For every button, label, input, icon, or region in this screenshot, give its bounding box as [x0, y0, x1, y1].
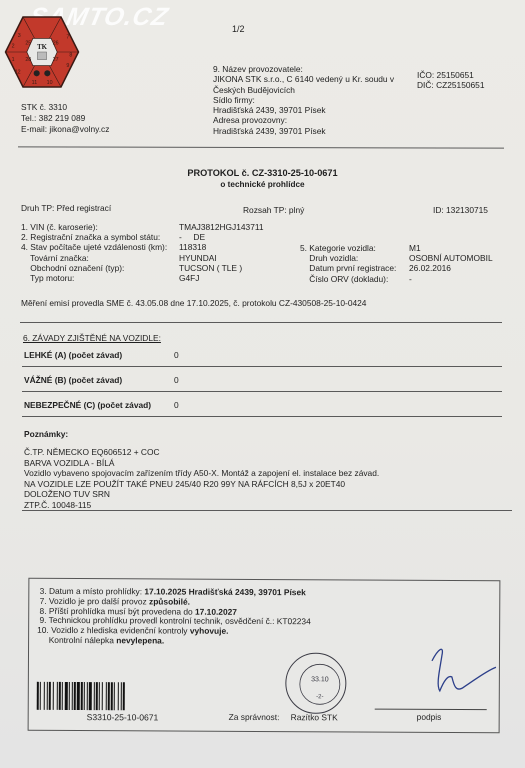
page-number: 1/2 — [232, 24, 245, 34]
field-label: Číslo ORV (dokladu): — [300, 274, 388, 285]
field-value: HYUNDAI — [179, 253, 217, 264]
operator-name-2: Českých Budějovicích — [213, 85, 394, 95]
defect-count: 0 — [174, 350, 179, 361]
premises-label: Adresa provozovny: — [213, 115, 394, 125]
note-line: NA VOZIDLE LZE POUŽÍT TAKÉ PNEU 245/40 R… — [24, 479, 345, 490]
inspection-result-box: 3. Datum a místo prohlídky: 17.10.2025 H… — [28, 578, 501, 733]
svg-text:7: 7 — [66, 34, 69, 40]
summary-emphasis: vyhovuje. — [190, 626, 229, 636]
field-label: Obchodní označení (typ): — [21, 263, 124, 274]
stk-badge-icon: TK 321 121110 987 25262728 — [4, 14, 80, 90]
svg-text:1: 1 — [12, 57, 15, 63]
operator-heading: 9. Název provozovatele: — [213, 64, 394, 74]
defect-count: 0 — [174, 400, 179, 411]
svg-text:3: 3 — [18, 33, 21, 39]
operator-block: 9. Název provozovatele: JIKONA STK s.r.o… — [213, 64, 394, 136]
ico: IČO: 25150651 — [417, 70, 474, 81]
emissions-note: Měření emisí provedla SME č. 43.05.08 dn… — [21, 298, 366, 309]
barcode — [37, 682, 222, 711]
svg-text:11: 11 — [32, 80, 38, 86]
station-number: STK č. 3310 — [21, 102, 67, 113]
note-line: DOLOŽENO TUV SRN — [24, 489, 110, 500]
stamp-caption: Razítko STK — [291, 712, 338, 723]
field-value: 118318 — [179, 242, 206, 253]
protocol-title: PROTOKOL č. CZ-3310-25-10-0671 — [0, 168, 525, 178]
field-label: 4. Stav počítače ujeté vzdálenosti (km): — [21, 242, 167, 253]
note-line: Vozidlo vybaveno spojovacím zařízením tř… — [24, 468, 379, 479]
signature-icon — [424, 641, 499, 706]
field-value: - — [409, 274, 412, 285]
note-line: ZTP.Č. 10048-115 — [24, 500, 91, 511]
field-label: 1. VIN (č. karoserie): — [21, 222, 98, 233]
divider — [22, 416, 502, 417]
field-label: 5. Kategorie vozidla: — [300, 243, 376, 254]
signature-caption: podpis — [417, 712, 442, 723]
field-value: G4FJ — [179, 273, 199, 284]
field-value: - DE — [179, 232, 205, 243]
summary-emphasis: způsobilé. — [149, 596, 190, 606]
divider — [22, 510, 512, 511]
note-line: BARVA VOZIDLA - BÍLÁ — [24, 458, 114, 469]
field-value: TUCSON ( TLE ) — [179, 263, 242, 274]
svg-text:26: 26 — [53, 40, 59, 46]
svg-text:10: 10 — [47, 80, 53, 86]
divider — [18, 146, 504, 148]
field-label: Tovární značka: — [21, 253, 89, 264]
correctness-label: Za správnost: — [229, 712, 280, 723]
summary-line: Kontrolní nálepka nevylepena. — [37, 635, 164, 646]
station-email[interactable]: E-mail: jikona@volny.cz — [21, 124, 109, 135]
summary-emphasis: 17.10.2027 — [195, 606, 237, 616]
svg-text:12: 12 — [15, 69, 21, 75]
svg-text:25: 25 — [25, 40, 31, 46]
stamp-icon: 33.10 -2- — [284, 651, 348, 715]
field-value: M1 — [409, 243, 421, 254]
field-value: TMAJ3812HGJ143711 — [179, 222, 264, 233]
divider — [22, 391, 502, 392]
svg-text:2: 2 — [12, 43, 15, 49]
defect-label: VÁŽNÉ (B) (počet závad) — [24, 375, 122, 386]
barcode-text: S3310-25-10-0671 — [87, 712, 159, 723]
field-label: 2. Registrační značka a symbol státu: — [21, 232, 160, 243]
defect-label: LEHKÉ (A) (počet závad) — [24, 350, 122, 361]
station-phone: Tel.: 382 219 089 — [21, 113, 85, 124]
operator-name: JIKONA STK s.r.o., C 6140 vedený u Kr. s… — [213, 74, 394, 84]
defect-count: 0 — [174, 375, 179, 386]
field-value: 26.02.2016 — [409, 263, 451, 274]
note-line: Č.TP. NĚMECKO EQ606512 + COC — [24, 447, 160, 458]
divider — [22, 366, 502, 367]
field-value: OSOBNÍ AUTOMOBIL — [409, 253, 493, 264]
divider — [20, 322, 502, 323]
svg-text:33.10: 33.10 — [311, 676, 329, 683]
defects-heading: 6. ZÁVADY ZJIŠTĚNÉ NA VOZIDLE: — [23, 333, 161, 344]
defect-label: NEBEZPEČNÉ (C) (počet závad) — [24, 400, 151, 411]
svg-text:-2-: -2- — [316, 694, 323, 700]
dic: DIČ: CZ25150651 — [417, 80, 485, 91]
seat-address: Hradišťská 2439, 39701 Písek — [213, 105, 394, 115]
notes-heading: Poznámky: — [24, 429, 68, 440]
inspection-type: Druh TP: Před registrací — [21, 203, 111, 214]
field-label: Druh vozidla: — [300, 253, 358, 264]
svg-text:28: 28 — [25, 57, 31, 63]
seat-label: Sídlo firmy: — [213, 95, 394, 105]
svg-text:TK: TK — [37, 44, 48, 51]
protocol-subtitle: o technické prohlídce — [0, 180, 525, 189]
premises-address: Hradišťská 2439, 39701 Písek — [213, 126, 394, 136]
summary-text: Kontrolní nálepka — [37, 635, 116, 645]
inspection-scope: Rozsah TP: plný — [243, 205, 304, 216]
summary-emphasis: nevylepena. — [116, 635, 164, 645]
field-label: Datum první registrace: — [300, 263, 396, 274]
svg-text:27: 27 — [53, 57, 59, 63]
svg-text:8: 8 — [69, 53, 72, 59]
field-label: Typ motoru: — [21, 273, 74, 284]
signature-line — [375, 709, 487, 711]
svg-text:9: 9 — [66, 63, 69, 69]
protocol-id: ID: 132130715 — [433, 205, 488, 216]
